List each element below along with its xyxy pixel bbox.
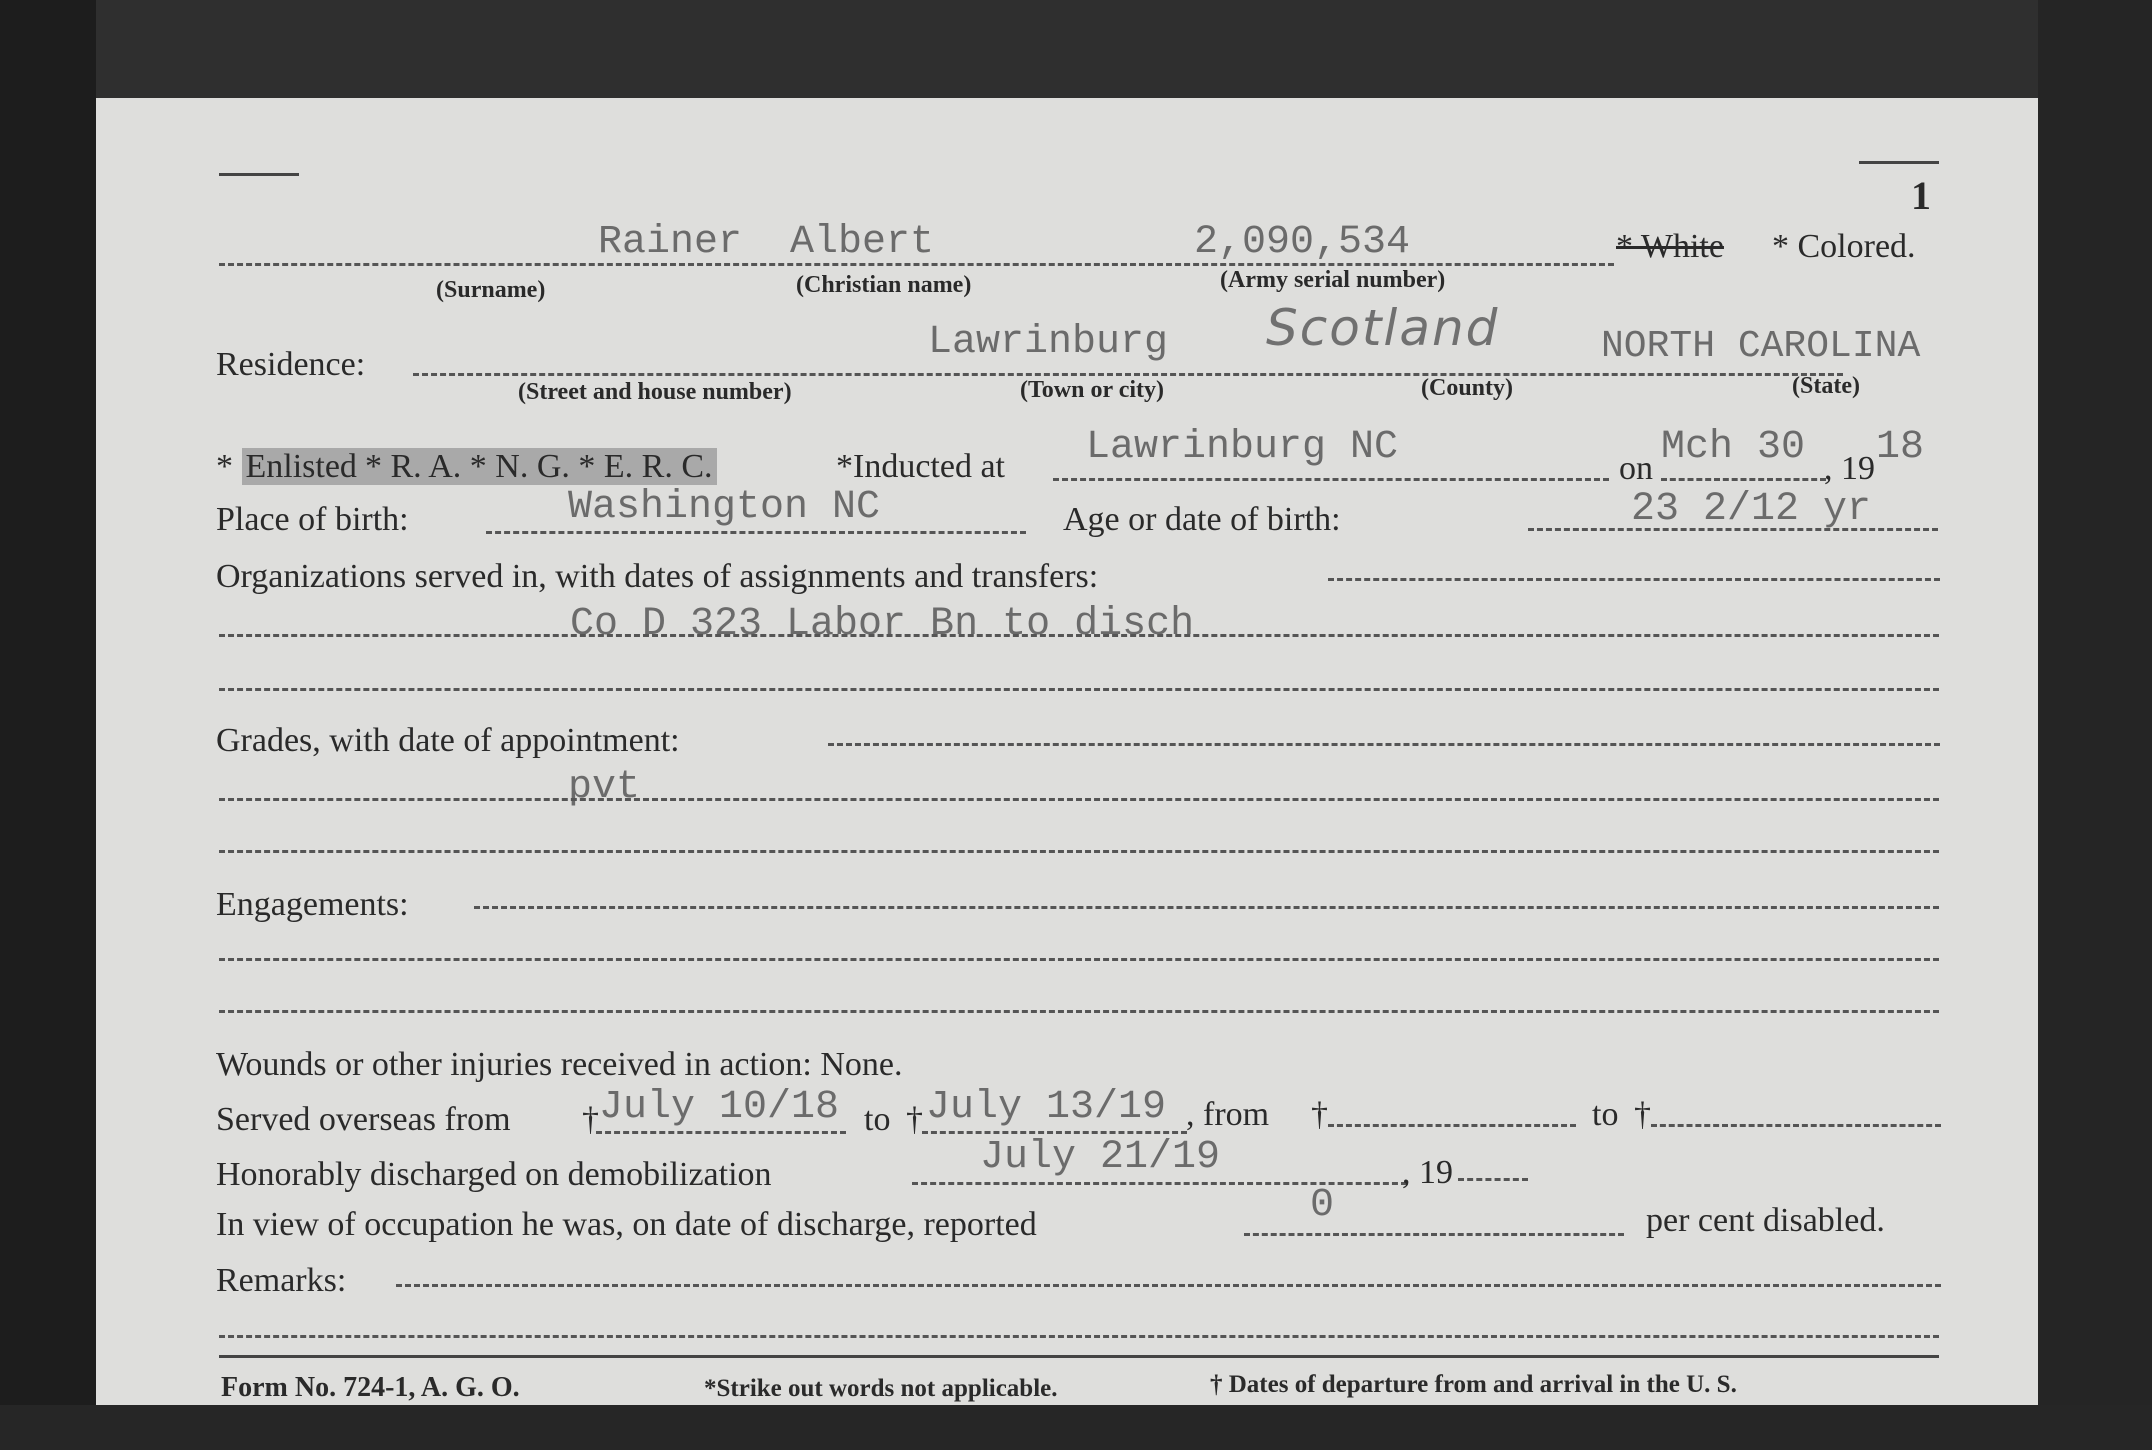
discharge-year-line [1458, 1178, 1528, 1181]
engagements-line-1 [474, 906, 1939, 909]
remarks-label: Remarks: [216, 1264, 346, 1298]
county-label: (County) [1421, 376, 1513, 400]
residence-state-value: NORTH CAROLINA [1601, 328, 1920, 366]
grades-line-1 [828, 743, 1940, 746]
served-overseas-label: Served overseas from [216, 1103, 511, 1137]
scan-background-bottom [0, 1405, 2152, 1450]
overseas-to-label: to [864, 1103, 890, 1137]
organization-entry: Co D 323 Labor Bn to disch [570, 605, 1194, 645]
induction-date-line [1661, 478, 1826, 481]
engagements-line-2 [219, 958, 1939, 961]
overseas-to-value: July 13/19 [926, 1088, 1166, 1128]
scan-background-right [2038, 0, 2152, 1450]
overseas-from-value: July 10/18 [599, 1088, 839, 1128]
residence-line [413, 373, 1843, 376]
place-of-birth-value: Washington NC [568, 488, 880, 528]
organizations-label: Organizations served in, with dates of a… [216, 560, 1098, 594]
serial-number-label: (Army serial number) [1220, 268, 1445, 292]
ra-ng-erc-options: * R. A. * N. G. * E. R. C. [361, 448, 717, 485]
surname-value: Rainer [598, 223, 742, 263]
christian-name-value: Albert [790, 223, 934, 263]
footnote-strike: *Strike out words not applicable. [704, 1376, 1058, 1401]
grades-line-2 [219, 798, 1939, 801]
overseas-to2-label: to [1592, 1098, 1618, 1132]
inducted-at-value: Lawrinburg NC [1086, 428, 1398, 468]
dagger-3: † [1311, 1098, 1328, 1132]
grades-line-3 [219, 850, 1939, 853]
organizations-line-2 [219, 634, 1939, 637]
wounds-statement: Wounds or other injuries received in act… [216, 1048, 903, 1082]
disability-line [1244, 1233, 1624, 1236]
place-of-birth-label: Place of birth: [216, 503, 409, 537]
residence-county-value: Scotland [1266, 303, 1499, 353]
inducted-at-label: *Inducted at [836, 450, 1005, 484]
enlisted-option: Enlisted [242, 448, 361, 485]
surname-label: (Surname) [436, 278, 545, 302]
remarks-line-2 [219, 1335, 1939, 1338]
serial-number-value: 2,090,534 [1194, 223, 1410, 263]
induction-on-label: on [1619, 452, 1653, 486]
engagements-label: Engagements: [216, 888, 409, 922]
organizations-line-1 [1328, 578, 1940, 581]
grade-entry: pvt [568, 768, 640, 808]
residence-label: Residence: [216, 348, 365, 382]
induction-year-value: 18 [1876, 428, 1924, 468]
state-label: (State) [1792, 374, 1860, 398]
christian-name-label: (Christian name) [796, 273, 971, 297]
age-label: Age or date of birth: [1063, 503, 1341, 537]
organizations-line-3 [219, 688, 1939, 691]
discharge-year-label: , 19 [1402, 1156, 1453, 1190]
top-right-mark [1859, 161, 1939, 164]
discharge-date-value: July 21/19 [980, 1138, 1220, 1178]
discharge-label: Honorably discharged on demobilization [216, 1158, 772, 1192]
disability-percent-value: 0 [1310, 1186, 1334, 1226]
footnote-dates: † Dates of departure from and arrival in… [1210, 1372, 1737, 1397]
street-label: (Street and house number) [518, 380, 792, 404]
overseas-from2-line [1328, 1124, 1576, 1127]
age-value: 23 2/12 yr [1631, 490, 1871, 530]
asterisk: * [216, 448, 233, 485]
induction-year-prefix: , 19 [1824, 452, 1875, 486]
disability-label: In view of occupation he was, on date of… [216, 1208, 1037, 1242]
form-number: Form No. 724-1, A. G. O. [221, 1374, 520, 1402]
overseas-to-line [922, 1131, 1187, 1134]
overseas-to2-line [1651, 1124, 1941, 1127]
induction-type-options: * Enlisted* R. A. * N. G. * E. R. C. [216, 450, 717, 484]
inducted-at-line [1053, 478, 1609, 481]
dagger-2: † [906, 1103, 923, 1137]
service-record-card: 1 Rainer Albert 2,090,534 * White * Colo… [96, 98, 2038, 1405]
race-colored-option: * Colored. [1772, 230, 1916, 264]
residence-town-value: Lawrinburg [928, 323, 1168, 363]
disability-suffix: per cent disabled. [1646, 1204, 1885, 1238]
overseas-from2-label: , from [1186, 1098, 1269, 1132]
engagements-line-3 [219, 1010, 1939, 1013]
induction-date-value: Mch 30 [1661, 428, 1805, 468]
top-left-mark [219, 173, 299, 176]
dagger-4: † [1634, 1098, 1651, 1132]
race-white-label: * White [1616, 228, 1724, 265]
card-number: 1 [1911, 176, 1931, 216]
race-white-option: * White [1616, 230, 1724, 264]
place-of-birth-line [486, 531, 1026, 534]
town-label: (Town or city) [1020, 378, 1164, 402]
remarks-line-1 [396, 1284, 1941, 1287]
overseas-from-line [596, 1131, 846, 1134]
footer-rule [219, 1355, 1939, 1358]
grades-label: Grades, with date of appointment: [216, 724, 680, 758]
scan-background-left [0, 0, 96, 1450]
